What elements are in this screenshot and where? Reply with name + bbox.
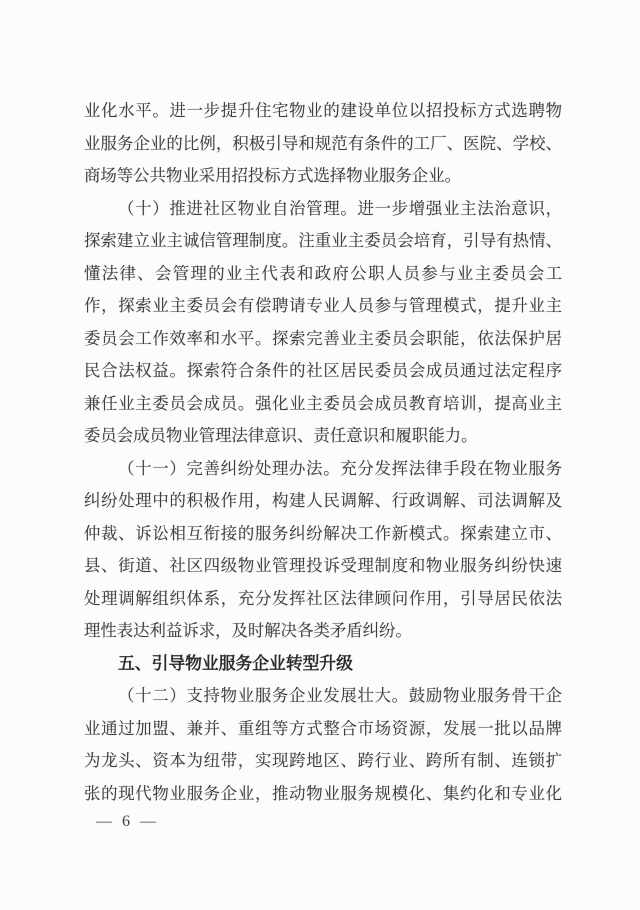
text-block: 业化水平。进一步提升住宅物业的建设单位以招投标方式选聘物业服务企业的比例，积极引… (84, 95, 562, 810)
section-heading: 五、引导物业服务企业转型升级 (84, 648, 562, 681)
text-line: 纠纷处理中的积极作用，构建人民调解、行政调解、司法调解及 (84, 485, 562, 518)
text-line: 业服务企业的比例，积极引导和规范有条件的工厂、医院、学校、 (84, 128, 562, 161)
page-number: — 6 — (96, 812, 159, 832)
text-line: 兼任业主委员会成员。强化业主委员会成员教育培训，提高业主 (84, 388, 562, 421)
text-line: 张的现代物业服务企业，推动物业服务规模化、集约化和专业化 (84, 778, 562, 811)
text-line: 业化水平。进一步提升住宅物业的建设单位以招投标方式选聘物 (84, 95, 562, 128)
text-line: 理性表达利益诉求，及时解决各类矛盾纠纷。 (84, 615, 562, 648)
text-line: 委员会工作效率和水平。探索完善业主委员会职能，依法保护居 (84, 323, 562, 356)
text-line: （十）推进社区物业自治管理。进一步增强业主法治意识， (84, 193, 562, 226)
text-line: 作，探索业主委员会有偿聘请专业人员参与管理模式，提升业主 (84, 290, 562, 323)
text-line: （十一）完善纠纷处理办法。充分发挥法律手段在物业服务 (84, 453, 562, 486)
text-line: 仲裁、诉讼相互衔接的服务纠纷解决工作新模式。探索建立市、 (84, 518, 562, 551)
text-line: 懂法律、会管理的业主代表和政府公职人员参与业主委员会工 (84, 258, 562, 291)
text-line: 探索建立业主诚信管理制度。注重业主委员会培育，引导有热情、 (84, 225, 562, 258)
text-line: 县、街道、社区四级物业管理投诉受理制度和物业服务纠纷快速 (84, 550, 562, 583)
text-line: （十二）支持物业服务企业发展壮大。鼓励物业服务骨干企 (84, 680, 562, 713)
document-page: 业化水平。进一步提升住宅物业的建设单位以招投标方式选聘物业服务企业的比例，积极引… (0, 0, 640, 910)
text-line: 民合法权益。探索符合条件的社区居民委员会成员通过法定程序 (84, 355, 562, 388)
text-line: 处理调解组织体系，充分发挥社区法律顾问作用，引导居民依法 (84, 583, 562, 616)
text-line: 商场等公共物业采用招投标方式选择物业服务企业。 (84, 160, 562, 193)
text-line: 委员会成员物业管理法律意识、责任意识和履职能力。 (84, 420, 562, 453)
text-line: 业通过加盟、兼并、重组等方式整合市场资源，发展一批以品牌 (84, 713, 562, 746)
text-line: 为龙头、资本为纽带，实现跨地区、跨行业、跨所有制、连锁扩 (84, 745, 562, 778)
